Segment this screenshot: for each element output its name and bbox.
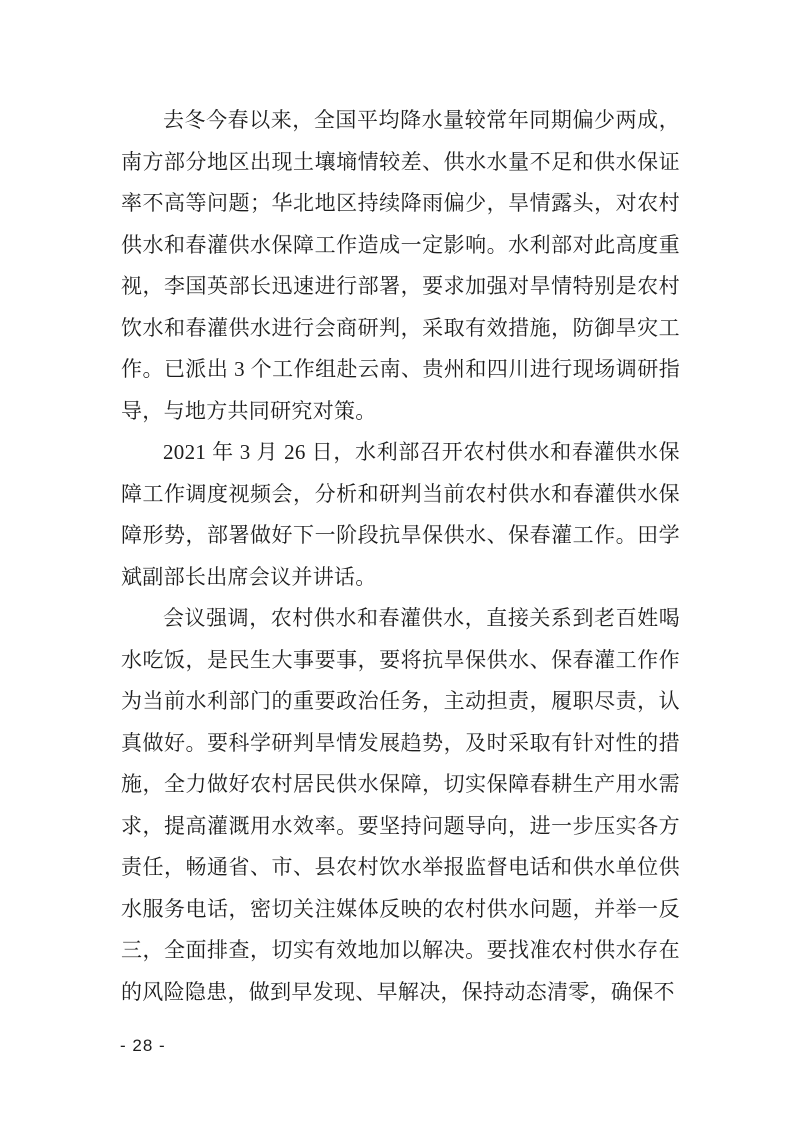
page-number: - 28 -	[120, 1036, 166, 1056]
document-body: 去冬今春以来，全国平均降水量较常年同期偏少两成，南方部分地区出现土壤墒情较差、供…	[121, 100, 680, 1013]
paragraph-meeting-announcement: 2021 年 3 月 26 日，水利部召开农村供水和春灌供水保障工作调度视频会，…	[121, 432, 680, 598]
document-page: 去冬今春以来，全国平均降水量较常年同期偏少两成，南方部分地区出现土壤墒情较差、供…	[0, 0, 800, 1131]
paragraph-drought-overview: 去冬今春以来，全国平均降水量较常年同期偏少两成，南方部分地区出现土壤墒情较差、供…	[121, 100, 680, 432]
paragraph-meeting-emphasis: 会议强调，农村供水和春灌供水，直接关系到老百姓喝水吃饭，是民生大事要事，要将抗旱…	[121, 598, 680, 1013]
